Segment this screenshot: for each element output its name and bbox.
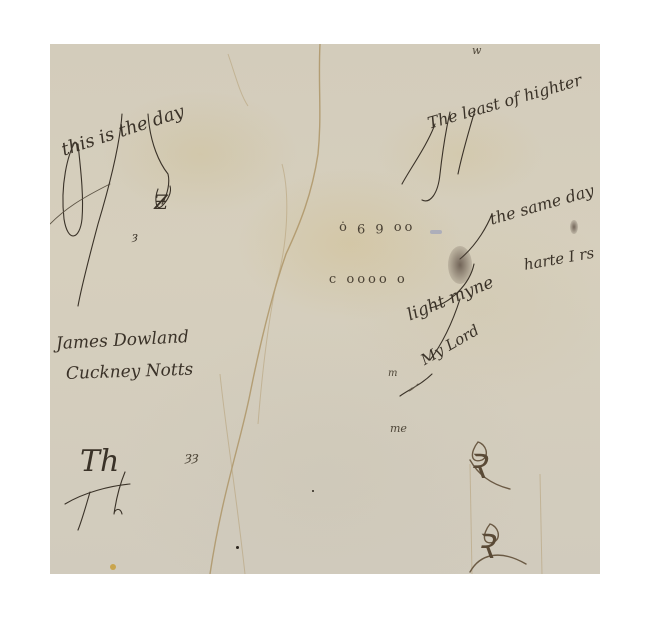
manuscript-page: this is the day Ƶ ȝ James Dowland Cuckne… bbox=[50, 44, 600, 574]
inscription-upside-down-numerals-1: oo 6 9 ọ bbox=[336, 220, 412, 235]
ink-speck bbox=[312, 490, 314, 492]
inscription-small-mark-left: ȝ bbox=[132, 230, 138, 243]
inscription-th-initials: Th bbox=[80, 444, 119, 479]
inscription-flourish-bottom-right-1: Ꝛ bbox=[466, 442, 486, 488]
ink-smudge bbox=[448, 246, 472, 284]
inscription-flourish-top-left: Ƶ bbox=[154, 190, 168, 214]
image-canvas: this is the day Ƶ ȝ James Dowland Cuckne… bbox=[0, 0, 659, 634]
inscription-me-mark: me bbox=[390, 422, 407, 435]
inscription-m-mark: m bbox=[388, 368, 397, 379]
ink-blot bbox=[570, 220, 578, 234]
crease-line bbox=[210, 44, 320, 574]
inscription-top-margin-mark: w bbox=[472, 44, 481, 57]
inscription-upside-down-numerals-2: o oooo ɔ bbox=[326, 272, 405, 287]
blue-mark bbox=[430, 230, 442, 234]
yellow-spot bbox=[110, 564, 116, 570]
inscription-small-mark-bottom: ȝȝ bbox=[185, 450, 199, 465]
inscription-flourish-bottom-right-2: Ꝛ bbox=[474, 522, 494, 568]
ink-speck bbox=[236, 546, 239, 549]
